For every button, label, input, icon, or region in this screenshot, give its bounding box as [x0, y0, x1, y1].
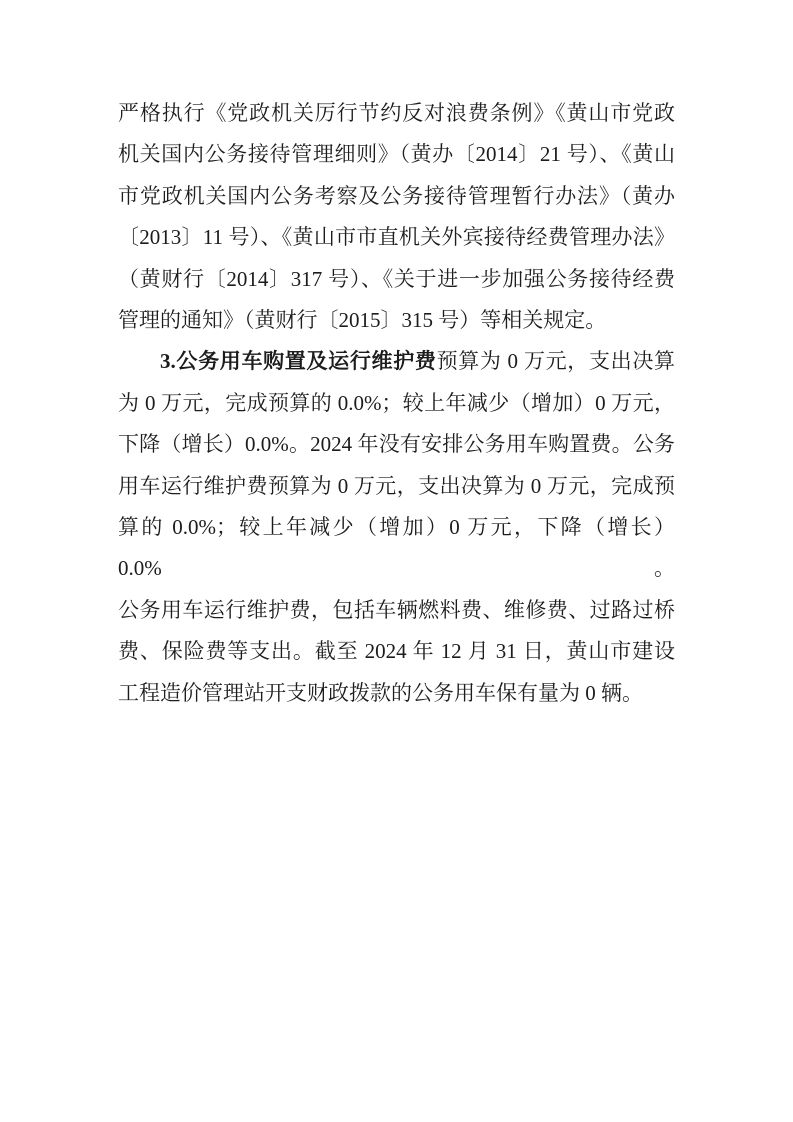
- text-line: 公务用车运行维护费，包括车辆燃料费、维修费、过路过桥: [118, 590, 675, 631]
- document-body-text: 严格执行《党政机关厉行节约反对浪费条例》《黄山市党政 机关国内公务接待管理细则》…: [118, 93, 675, 714]
- text-line: 〔2013〕11 号）、《黄山市市直机关外宾接待经费管理办法》: [118, 217, 675, 258]
- text-line: （黄财行〔2014〕317 号）、《关于进一步加强公务接待经费: [118, 259, 675, 300]
- text-line: 费、保险费等支出。截至 2024 年 12 月 31 日，黄山市建设: [118, 631, 675, 672]
- text-line: 市党政机关国内公务考察及公务接待管理暂行办法》（黄办: [118, 176, 675, 217]
- text-line: 3.公务用车购置及运行维护费预算为 0 万元，支出决算: [118, 341, 675, 382]
- text-line: 管理的通知》（黄财行〔2015〕315 号）等相关规定。: [118, 300, 675, 341]
- text-line: 为 0 万元，完成预算的 0.0%；较上年减少（增加）0 万元，: [118, 383, 675, 424]
- paragraph-accommodation-regulations: 严格执行《党政机关厉行节约反对浪费条例》《黄山市党政 机关国内公务接待管理细则》…: [118, 93, 675, 341]
- text-line: 用车运行维护费预算为 0 万元，支出决算为 0 万元，完成预: [118, 466, 675, 507]
- document-page: 严格执行《党政机关厉行节约反对浪费条例》《黄山市党政 机关国内公务接待管理细则》…: [0, 0, 793, 1122]
- text-line: 算的 0.0%；较上年减少（增加）0 万元，下降（增长）0.0%。: [118, 507, 675, 590]
- text-line: 下降（增长）0.0%。2024 年没有安排公务用车购置费。公务: [118, 424, 675, 465]
- section-heading-bold: 3.公务用车购置及运行维护费: [160, 349, 437, 373]
- text-line: 工程造价管理站开支财政拨款的公务用车保有量为 0 辆。: [118, 673, 675, 714]
- text-line: 严格执行《党政机关厉行节约反对浪费条例》《黄山市党政: [118, 93, 675, 134]
- text-line: 机关国内公务接待管理细则》（黄办〔2014〕21 号）、《黄山: [118, 134, 675, 175]
- text-run: 预算为 0 万元，支出决算: [437, 349, 675, 373]
- paragraph-official-vehicle-expense: 3.公务用车购置及运行维护费预算为 0 万元，支出决算 为 0 万元，完成预算的…: [118, 341, 675, 714]
